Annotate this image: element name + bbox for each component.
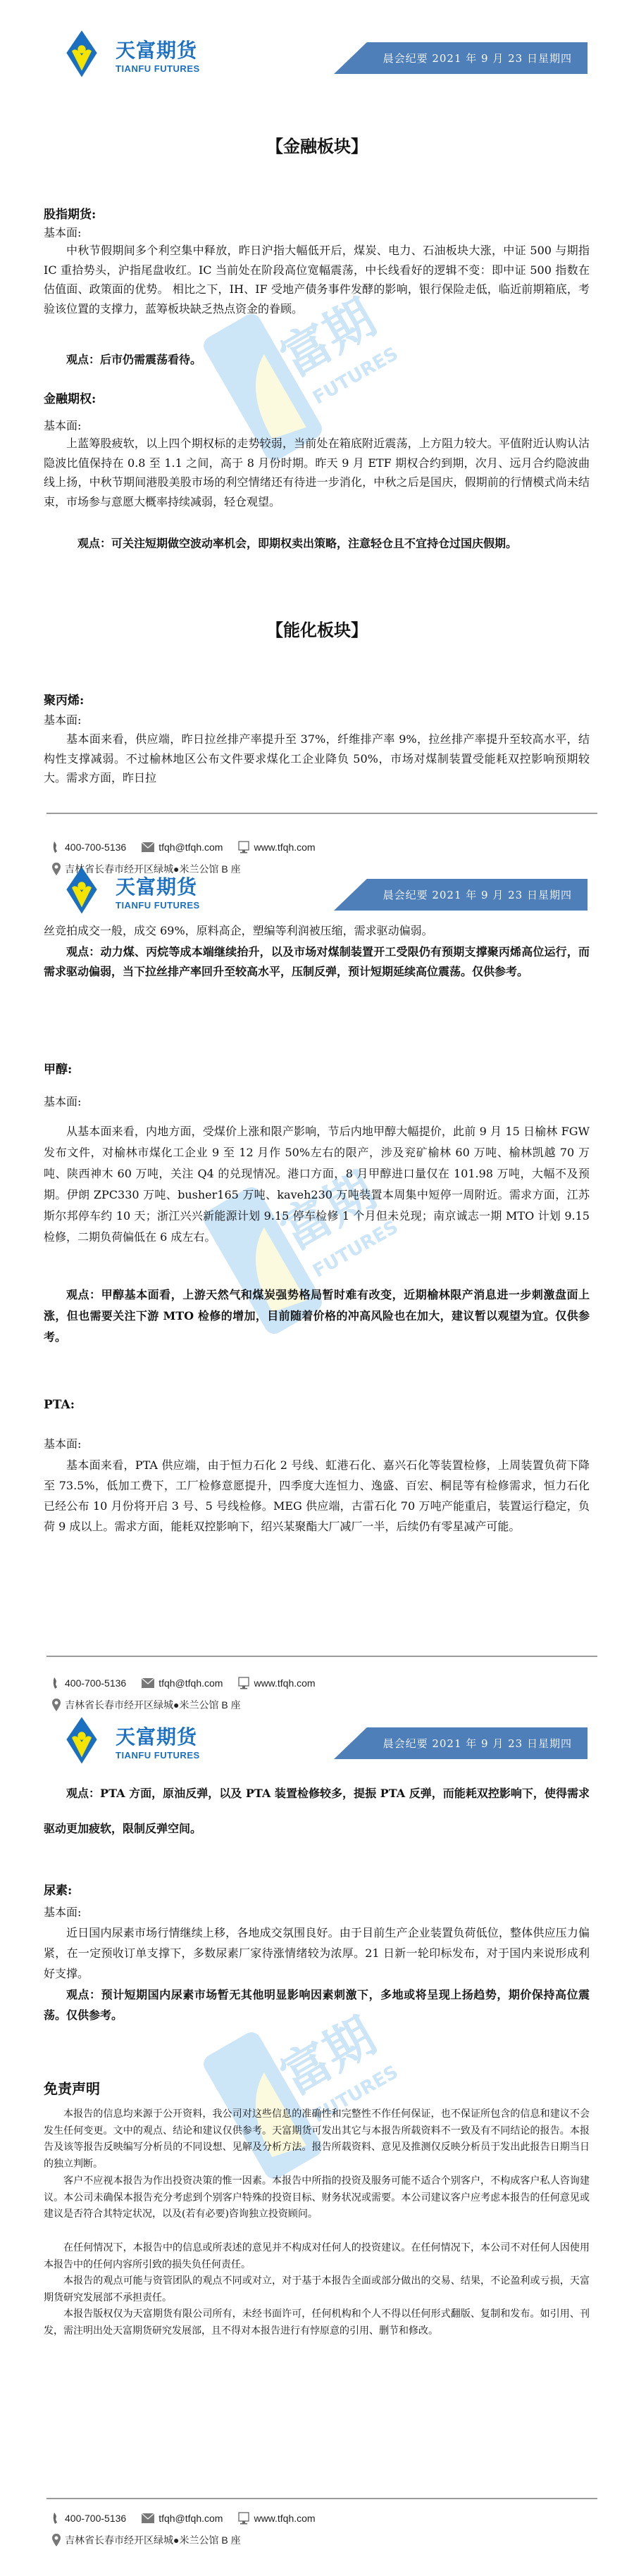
banner-text: 晨会纪要 2021 年 9 月 23 日星期四 [383,51,572,65]
date-banner: 晨会纪要 2021 年 9 月 23 日星期四 [334,879,588,911]
banner-text: 晨会纪要 2021 年 9 月 23 日星期四 [383,887,572,902]
paragraph-methanol-view: 观点：甲醇基本面看，上游天然气和煤炭强势格局暂时难有改变，近期榆林限产消息进一步… [44,1284,590,1348]
address-text: 吉林省长春市经开区绿城●米兰公馆 B 座 [65,1698,241,1712]
paragraph-options-view: 观点：可关注短期做空波动率机会，即期权卖出策略，注意轻仓且不宜持仓过国庆假期。 [44,534,590,554]
logo-text-en: TIANFU FUTURES [116,900,200,911]
contact-row: 400-700-5136 tfqh@tfqh.com www.tfqh.com [52,2512,331,2525]
phone-icon [52,2512,61,2525]
address-row: 吉林省长春市经开区绿城●米兰公馆 B 座 [52,2533,256,2547]
email-address[interactable]: tfqh@tfqh.com [158,1677,223,1689]
mail-icon [142,842,154,852]
contact-address: 吉林省长春市经开区绿城●米兰公馆 B 座 [52,2533,241,2547]
email-address[interactable]: tfqh@tfqh.com [158,2513,223,2524]
contact-website: www.tfqh.com [238,841,315,854]
label-fundamentals: 基本面: [44,1093,81,1109]
contact-address: 吉林省长春市经开区绿城●米兰公馆 B 座 [52,1698,241,1712]
banner-text: 晨会纪要 2021 年 9 月 23 日星期四 [383,1736,572,1751]
phone-icon [52,1677,61,1689]
paragraph-pta-fundamentals: 基本面来看，PTA 供应端，由于恒力石化 2 号线、虹港石化、嘉兴石化等装置检修… [44,1455,590,1537]
phone-number: 400-700-5136 [65,1677,126,1689]
phone-number: 400-700-5136 [65,2513,126,2524]
footer-divider [46,2498,597,2499]
heading-stock-index-futures: 股指期货: [44,204,96,222]
disclaimer-paragraph: 本报告的观点可能与资管团队的观点不同或对立，对于基于本报告全面或部分做出的交易、… [44,2273,590,2306]
contact-phone: 400-700-5136 [52,841,126,854]
location-pin-icon [52,1699,61,1711]
monitor-icon [238,841,249,854]
label-fundamentals: 基本面: [44,711,81,727]
company-logo: 天富期货 TIANFU FUTURES [56,30,211,79]
company-logo: 天富期货 TIANFU FUTURES [56,1716,211,1765]
logo-diamond-icon [56,1716,107,1765]
logo-diamond-icon [56,30,107,79]
disclaimer-paragraph: 在任何情况下，本报告中的信息或所表述的意见并不构成对任何人的投资建议。在任何情况… [44,2240,590,2273]
website-url[interactable]: www.tfqh.com [254,2513,315,2524]
paragraph-pp-fundamentals-part1: 基本面来看，供应端，昨日拉丝排产率提升至 37%，纤维排产率 9%，拉丝排产率提… [44,730,590,788]
paragraph-pta-view: 观点：PTA 方面，原油反弹，以及 PTA 装置检修较多，提振 PTA 反弹，而… [44,1776,590,1846]
contact-email: tfqh@tfqh.com [142,842,223,853]
contact-website: www.tfqh.com [238,1677,315,1689]
heading-pta: PTA: [44,1398,75,1412]
company-logo: 天富期货 TIANFU FUTURES [56,866,211,915]
contact-row: 400-700-5136 tfqh@tfqh.com www.tfqh.com [52,841,331,854]
date-banner: 晨会纪要 2021 年 9 月 23 日星期四 [334,1727,588,1759]
mail-icon [142,2513,154,2523]
monitor-icon [238,1677,249,1689]
logo-text-cn: 天富期货 [116,35,197,63]
paragraph-methanol-fundamentals: 从基本面来看，内地方面，受煤价上涨和限产影响，节后内地甲醇大幅提价，此前 9 月… [44,1121,590,1248]
paragraph-urea-view: 观点：预计短期国内尿素市场暂无其他明显影响因素刺激下，多地或将呈现上扬趋势，期价… [44,1984,590,2025]
section-title-energy: 【能化板块】 [0,616,634,641]
paragraph-stock-index-fundamentals: 中秋节假期间多个利空集中释放，昨日沪指大幅低开后，煤炭、电力、石油板块大涨，中证… [44,241,590,318]
address-row: 吉林省长春市经开区绿城●米兰公馆 B 座 [52,1698,256,1712]
logo-text-cn: 天富期货 [116,872,197,900]
phone-number: 400-700-5136 [65,842,126,853]
address-text: 吉林省长春市经开区绿城●米兰公馆 B 座 [65,2533,241,2547]
label-fundamentals: 基本面: [44,417,81,433]
website-url[interactable]: www.tfqh.com [254,842,315,853]
paragraph-stock-index-view: 观点：后市仍需震荡看待。 [44,349,590,370]
page-header: 天富期货 TIANFU FUTURES 晨会纪要 2021 年 9 月 23 日… [0,0,634,77]
paragraph-urea-fundamentals: 近日国内尿素市场行情继续上移，各地成交氛围良好。由于目前生产企业装置负荷低位，整… [44,1922,590,1984]
heading-urea: 尿素: [44,1880,72,1898]
logo-text-cn: 天富期货 [116,1722,197,1750]
contact-website: www.tfqh.com [238,2512,315,2525]
logo-diamond-icon [56,866,107,915]
monitor-icon [238,2512,249,2525]
section-title-finance: 【金融板块】 [0,132,634,157]
disclaimer-paragraph: 本报告的信息均来源于公开资料，我公司对这些信息的准确性和完整性不作任何保证，也不… [44,2106,590,2172]
page-footer: 400-700-5136 tfqh@tfqh.com www.tfqh.com … [0,2498,634,2575]
footer-divider [46,813,597,814]
disclaimer-paragraph: 客户不应视本报告为作出投资决策的惟一因素。本报告中所指的投资及服务可能不适合个别… [44,2173,590,2223]
mail-icon [142,1678,154,1688]
heading-methanol: 甲醇: [44,1059,72,1077]
location-pin-icon [52,2534,61,2546]
label-fundamentals: 基本面: [44,1435,81,1451]
paragraph-pp-fundamentals-part2: 丝竞拍成交一般，成交 69%，原料高企，塑编等利润被压缩，需求驱动偏弱。 [44,921,590,941]
website-url[interactable]: www.tfqh.com [254,1677,315,1689]
email-address[interactable]: tfqh@tfqh.com [158,842,223,853]
contact-email: tfqh@tfqh.com [142,1677,223,1689]
date-banner: 晨会纪要 2021 年 9 月 23 日星期四 [334,42,588,74]
label-fundamentals: 基本面: [44,224,81,240]
logo-text-en: TIANFU FUTURES [116,1750,200,1761]
heading-polypropylene: 聚丙烯: [44,690,84,708]
contact-phone: 400-700-5136 [52,1677,126,1689]
paragraph-pp-view: 观点：动力煤、丙烷等成本端继续抬升，以及市场对煤制装置开工受限仍有预期支撑聚丙烯… [44,942,590,981]
disclaimer-title: 免责声明 [44,2077,100,2098]
paragraph-options-fundamentals: 上蓝筹股疲软，以上四个期权标的走势较弱，当前处在箱底附近震荡，上方阻力较大。平值… [44,434,590,511]
contact-phone: 400-700-5136 [52,2512,126,2525]
phone-icon [52,841,61,854]
heading-financial-options: 金融期权: [44,389,96,406]
logo-text-en: TIANFU FUTURES [116,63,200,74]
label-fundamentals: 基本面: [44,1903,81,1920]
contact-email: tfqh@tfqh.com [142,2513,223,2524]
contact-row: 400-700-5136 tfqh@tfqh.com www.tfqh.com [52,1677,331,1689]
footer-divider [46,1656,597,1657]
disclaimer-paragraph: 本报告版权仅为天富期货有限公司所有，未经书面许可，任何机构和个人不得以任何形式翻… [44,2306,590,2339]
